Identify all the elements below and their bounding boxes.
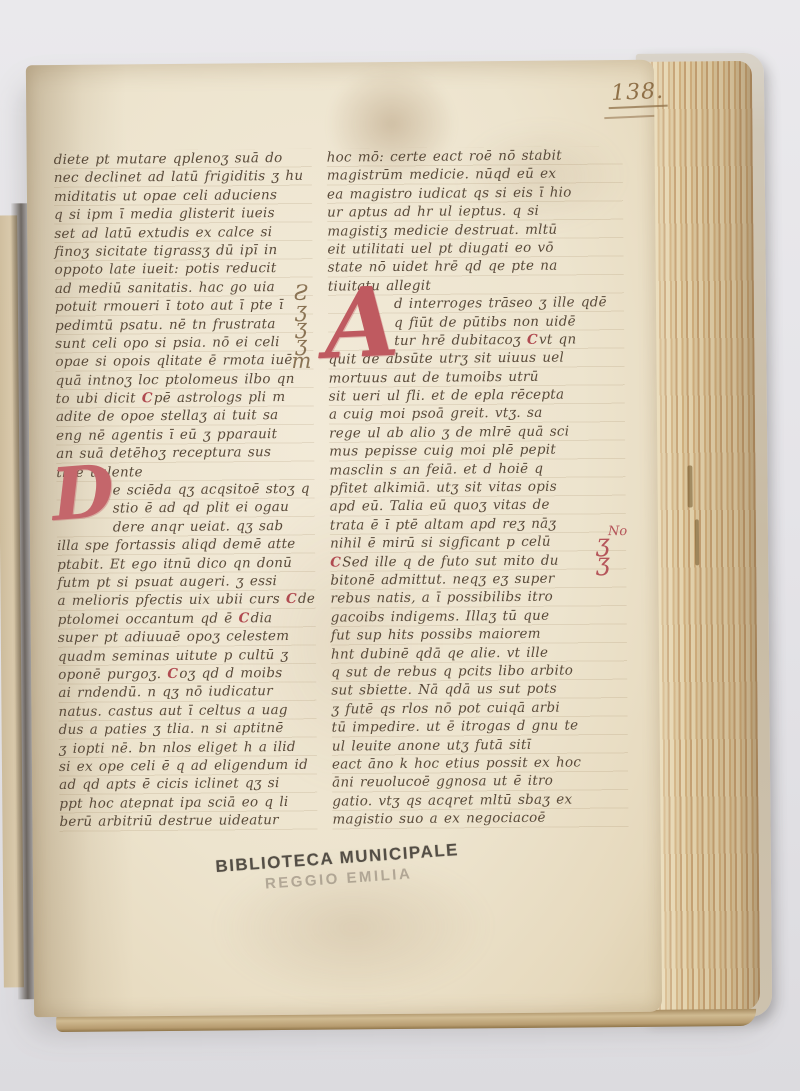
nota-flourish-icon: ʒ bbox=[596, 551, 627, 573]
rubric-paragraph-mark: C bbox=[167, 666, 179, 682]
manuscript-page: 138. diete pt mutare qplenoʒ suā donec d… bbox=[26, 60, 662, 1017]
manuscript-line: eng nē agentis ī eū ʒ pparauit bbox=[56, 425, 314, 446]
manuscript-line: a melioris pfectis uix ubii curs Cde bbox=[57, 590, 315, 611]
folio-number: 138. bbox=[608, 79, 668, 110]
manuscript-line: futm pt si psuat augeri. ʒ essi bbox=[57, 572, 315, 593]
library-stamp: BIBLIOTECA MUNICIPALE REGGIO EMILIA bbox=[192, 838, 484, 897]
manuscript-line: natus. castus aut ī celtus a uag bbox=[58, 700, 316, 721]
manuscript-line: ptabit. Et ego itnū dico qn donū bbox=[57, 553, 315, 574]
manuscript-line: q si ipm ī media glisterit iueis bbox=[54, 204, 312, 225]
fore-edge-mark bbox=[695, 519, 699, 565]
manuscript-line: set ad latū extudis ex calce si bbox=[54, 222, 312, 243]
text-column-right: hoc mō: certe eact roē nō stabitmagistrū… bbox=[327, 146, 629, 832]
folio-underline bbox=[604, 115, 654, 119]
rubric-paragraph-mark: C bbox=[527, 332, 539, 348]
manuscript-book: 138. diete pt mutare qplenoʒ suā donec d… bbox=[0, 0, 800, 1091]
fore-edge-shading bbox=[648, 61, 760, 1012]
rubric-paragraph-mark: C bbox=[238, 610, 250, 626]
manuscript-line: illa spe fortassis aliqd demē atte bbox=[57, 535, 315, 556]
fore-edge-mark bbox=[687, 465, 692, 507]
manuscript-line: ʒ iopti nē. bn nlos eliget h a ilid bbox=[59, 737, 317, 758]
marginal-nota-red: ʒ No ʒ bbox=[596, 532, 628, 573]
manuscript-line: adite de opoe stellaʒ ai tuit sa bbox=[56, 406, 314, 427]
manuscript-line: si ex ope celi ē q ad eligendum id bbox=[59, 756, 317, 777]
manuscript-line: nec declinet ad latū frigiditis ʒ hu bbox=[54, 167, 312, 188]
rubric-paragraph-mark: C bbox=[330, 554, 342, 570]
manuscript-line: sunt celi opo si psia. nō ei celi bbox=[55, 333, 313, 354]
photo-background: 138. diete pt mutare qplenoʒ suā donec d… bbox=[0, 0, 800, 1091]
manuscript-line: finoʒ sicitate tigrassʒ dū ipī in bbox=[54, 241, 312, 262]
manuscript-line: ai rndendū. n qʒ nō iudicatur bbox=[58, 682, 316, 703]
manuscript-line: potuit rmoueri ī toto aut ī pte ī bbox=[55, 296, 313, 317]
manuscript-line: magistio suo a ex negociacoē bbox=[332, 808, 628, 829]
manuscript-line: quadm seminas uitute p cultū ʒ bbox=[58, 645, 316, 666]
nota-label: No bbox=[608, 524, 627, 539]
manuscript-line: to ubi dicit Cpē astrologs pli m bbox=[56, 388, 314, 409]
manuscript-line: ppt hoc atepnat ipa sciā eo q li bbox=[59, 792, 317, 813]
manuscript-line: oppoto late iueit: potis reducit bbox=[55, 259, 313, 280]
manuscript-line: dus a paties ʒ tlia. n si aptitnē bbox=[59, 719, 317, 740]
manuscript-line: oponē purgoʒ. Coʒ qd d moibs bbox=[58, 664, 316, 685]
manuscript-line: diete pt mutare qplenoʒ suā do bbox=[54, 149, 312, 170]
manuscript-line: super pt adiuuaē opoʒ celestem bbox=[58, 627, 316, 648]
manuscript-line: ad qd apts ē cicis iclinet qʒ si bbox=[59, 774, 317, 795]
marginal-flourish-brown: Ƨʒʒʒm bbox=[290, 285, 313, 370]
manuscript-line: quā intnoʒ loc ptolomeus ilbo qn bbox=[56, 369, 314, 390]
manuscript-line: berū arbitriū destrue uideatur bbox=[59, 811, 317, 832]
rubric-paragraph-mark: C bbox=[142, 390, 154, 406]
manuscript-line: ptolomei occantum qd ē Cdia bbox=[58, 609, 316, 630]
manuscript-line: ad mediū sanitatis. hac go uia bbox=[55, 277, 313, 298]
manuscript-line: opae si opois qlitate ē rmota iuē bbox=[55, 351, 313, 372]
rubric-paragraph-mark: C bbox=[286, 591, 298, 607]
manuscript-line: pedimtū psatu. nē tn frustrata bbox=[55, 314, 313, 335]
rubricated-initial-d: D bbox=[49, 460, 116, 525]
manuscript-line: miditatis ut opae celi aduciens bbox=[54, 186, 312, 207]
rubricated-initial-a: A bbox=[322, 279, 400, 368]
